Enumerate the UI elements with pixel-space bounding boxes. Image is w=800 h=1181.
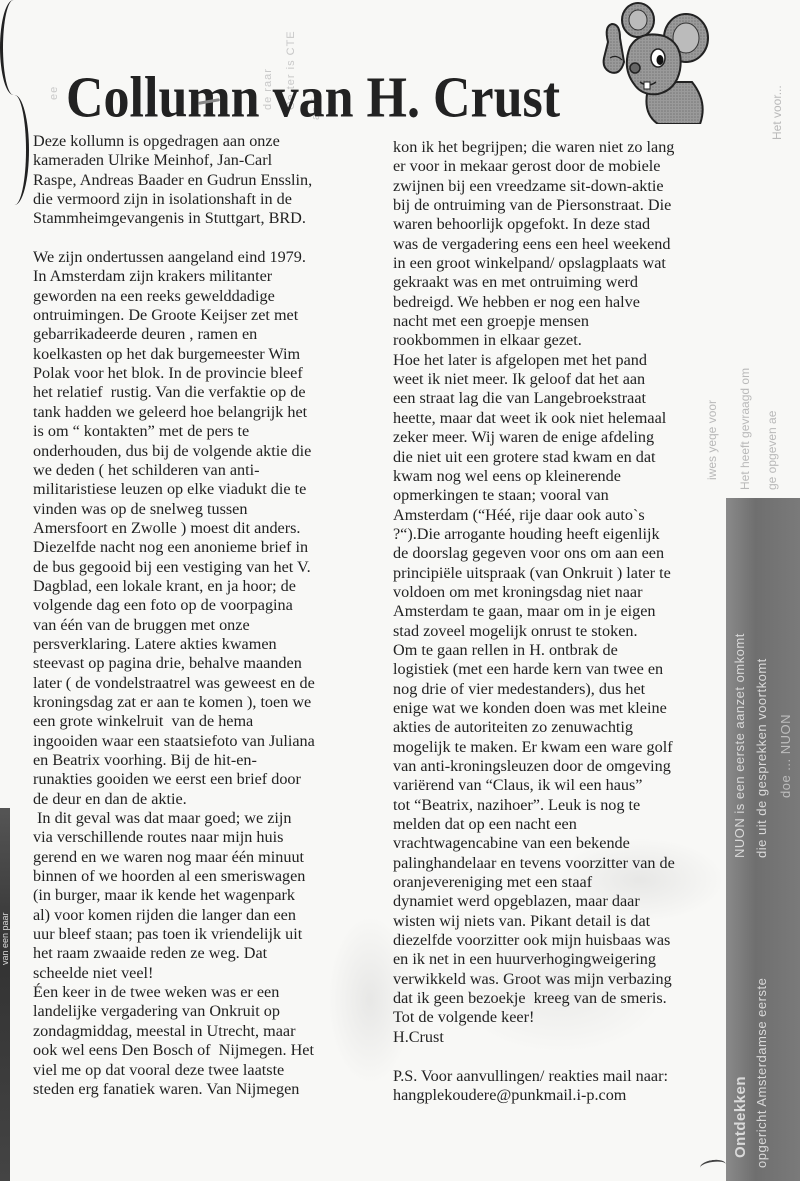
text-line: palinghandelaar en tevens voorzitter van… xyxy=(393,854,723,873)
text-line: van anti-kroningsleuzen door de omgeving xyxy=(393,757,723,776)
text-line: voldoen om met kroningsdag niet naar xyxy=(393,583,723,602)
text-line: en Beatrix voorhing. Bij de hit-en- xyxy=(33,751,378,770)
text-line: gebarrikadeerde deuren , ramen en xyxy=(33,325,378,344)
text-line: tot “Beatrix, nazihoer”. Leuk is nog te xyxy=(393,796,723,815)
text-line: stad zoveel mogelijk onrust te stoken. xyxy=(393,622,723,641)
bracket-right-decoration xyxy=(0,95,29,205)
text-line: principiële uitspraak (van Onkruit ) lat… xyxy=(393,564,723,583)
text-line: weet ik niet meer. Ik geloof dat het aan xyxy=(393,370,723,389)
text-line: militaristiese leuzen op elke viadukt di… xyxy=(33,480,378,499)
text-line: een grote winkelruit van de hema xyxy=(33,712,378,731)
text-line: Stammheimgevangenis in Stuttgart, BRD. xyxy=(33,209,378,228)
text-line: rookbommen in elkaar gezet. xyxy=(393,331,723,350)
text-line: uur bleef staan; pas toen ik vriendelijk… xyxy=(33,925,378,944)
text-line: verwikkeld was. Groot was mijn verbazing xyxy=(393,970,723,989)
bracket-left-decoration xyxy=(0,0,27,95)
text-line: H.Crust xyxy=(393,1028,723,1047)
bleed-through-text: ee xyxy=(48,40,60,100)
text-line: kameraden Ulrike Meinhof, Jan-Carl xyxy=(33,151,378,170)
text-line: waren behoorlijk opgefokt. In deze stad xyxy=(393,215,723,234)
text-line: steden erg fanatiek waren. Van Nijmegen xyxy=(33,1080,378,1099)
text-line: Amersfoort en Zwolle ) moest dit anders. xyxy=(33,519,378,538)
article-column-left: Deze kollumn is opgedragen aan onzekamer… xyxy=(33,132,378,1099)
bleed-through-text: ge opgeven ae xyxy=(765,330,779,490)
text-line: heette, maar dat weet ik ook niet helema… xyxy=(393,409,723,428)
pen-scribble-mark xyxy=(699,1158,726,1174)
text-line: Diezelfde nacht nog een anonieme brief i… xyxy=(33,538,378,557)
text-line: geworden na een reeks gewelddadige xyxy=(33,287,378,306)
text-line: en ik net in een huurverhogingweigering xyxy=(393,950,723,969)
text-line: vrachtwagencabine van een bekende xyxy=(393,834,723,853)
text-line: steevast op pagina drie, behalve maanden xyxy=(33,654,378,673)
text-line: scheelde niet veel! xyxy=(33,964,378,983)
text-line: koelkasten op het dak burgemeester Wim xyxy=(33,345,378,364)
text-line: de bus gegooid bij een vestiging van het… xyxy=(33,558,378,577)
text-line: zwijnen bij een vreedzame sit-down-aktie xyxy=(393,177,723,196)
text-line: ook wel eens Den Bosch of Nijmegen. Het xyxy=(33,1041,378,1060)
text-line: de deur en dan de aktie. xyxy=(33,790,378,809)
text-line: P.S. Voor aanvullingen/ reakties mail na… xyxy=(393,1067,723,1086)
text-line: landelijke vergadering van Onkruit op xyxy=(33,1002,378,1021)
text-line: Tot de volgende keer! xyxy=(393,1008,723,1027)
text-line: bedreigd. We hebben er nog een halve xyxy=(393,293,723,312)
text-line: logistiek (met een harde kern van twee e… xyxy=(393,660,723,679)
text-line: wisten wij niets van. Pikant detail is d… xyxy=(393,912,723,931)
text-line: Deze kollumn is opgedragen aan onze xyxy=(33,132,378,151)
text-line: Amsterdam (“Héé, rije daar ook auto`s xyxy=(393,506,723,525)
bleed-through-text: Het heeft gevraagd om xyxy=(738,300,752,490)
text-line: In Amsterdam zijn krakers militanter xyxy=(33,267,378,286)
text-line: oranjevereniging met een staaf xyxy=(393,873,723,892)
text-line: diezelfde voorzitter ook mijn huisbaas w… xyxy=(393,931,723,950)
article-column-right: kon ik het begrijpen; die waren niet zo … xyxy=(393,138,723,1105)
text-line: kroningsdag zat er aan te komen ), toen … xyxy=(33,693,378,712)
bleed-through-text: die uit de gesprekken voortkomt xyxy=(754,498,769,858)
text-line: onderhouden, dus bij de volgende aktie d… xyxy=(33,442,378,461)
text-line: (in burger, maar ik kende het wagenpark xyxy=(33,886,378,905)
text-line: in een groot winkelpand/ opslagplaats wa… xyxy=(393,254,723,273)
text-line: In dit geval was dat maar goed; we zijn xyxy=(33,809,378,828)
text-line: was de vergadering eens een heel weekend xyxy=(393,235,723,254)
text-line: akties de autoriteiten zo zenuwachtig xyxy=(393,718,723,737)
bleed-through-text: NUON is een eerste aanzet omkomt xyxy=(732,498,747,858)
text-line: persverklaring. Latere akties kwamen xyxy=(33,635,378,654)
text-line: tank hadden we geleerd hoe belangrijk he… xyxy=(33,403,378,422)
mouse-cartoon-icon xyxy=(580,2,720,124)
text-line: melden dat op een nacht een xyxy=(393,815,723,834)
text-line: Hoe het later is afgelopen met het pand xyxy=(393,351,723,370)
text-line: het relatief rustig. Van die verfaktie o… xyxy=(33,383,378,402)
paragraph-gap xyxy=(393,1047,723,1066)
text-line: nog drie of vier medestanders), dus het xyxy=(393,680,723,699)
text-line: we deden ( het schilderen van anti- xyxy=(33,461,378,480)
text-line: bij de ontruiming van de Piersonstraat. … xyxy=(393,196,723,215)
text-line: gerend en we waren nog maar één minuut xyxy=(33,848,378,867)
text-line: binnen of we hoorden al een smeriswagen xyxy=(33,867,378,886)
text-line: kwam nog wel eens op kleinerende xyxy=(393,467,723,486)
text-line: het raam zwaaide reden ze weg. Dat xyxy=(33,944,378,963)
text-line: nacht met een groepje mensen xyxy=(393,312,723,331)
text-line: ontruimingen. De Groote Keijser zet met xyxy=(33,306,378,325)
text-line: de doorslag gegeven voor ons om aan een xyxy=(393,544,723,563)
text-line: een straat lag die van Langebroekstraat xyxy=(393,389,723,408)
text-line: mogelijk te maken. Er kwam een ware golf xyxy=(393,738,723,757)
text-line: Dagblad, een lokale krant, en ja hoor; d… xyxy=(33,577,378,596)
text-line: Raspe, Andreas Baader en Gudrun Ensslin, xyxy=(33,171,378,190)
scanned-page: de raar Oe ter is CTE ae fs ee Collumn v… xyxy=(0,0,800,1181)
text-line: is om “ kontakten” met de pers te xyxy=(33,422,378,441)
text-line: ?“).Die arrogante houding heeft eigenlij… xyxy=(393,525,723,544)
text-line: die niet uit een grotere stad kwam en da… xyxy=(393,448,723,467)
text-line: enige wat we konden doen was met kleine xyxy=(393,699,723,718)
text-line: zeker meer. Wij waren de enige afdeling xyxy=(393,428,723,447)
bleed-through-text: opgericht Amsterdamse eerste xyxy=(754,898,769,1168)
text-line: later ( de vondelstraatrel was geweest e… xyxy=(33,674,378,693)
text-line: hangplekoudere@punkmail.i-p.com xyxy=(393,1086,723,1105)
text-line: Om te gaan rellen in H. ontbrak de xyxy=(393,641,723,660)
text-line: opmerkingen te staan; vooral van xyxy=(393,486,723,505)
text-line: ingooiden waar een staatsiefoto van Juli… xyxy=(33,732,378,751)
text-line: viel me op dat vooral deze twee laatste xyxy=(33,1061,378,1080)
text-line: runakties gooiden we eerst een brief doo… xyxy=(33,770,378,789)
text-line: dynamiet werd opgeblazen, maar daar xyxy=(393,892,723,911)
paragraph-gap xyxy=(33,229,378,248)
text-line: van één van de bruggen met onze xyxy=(33,616,378,635)
text-line: vinden was op de snelweg tussen xyxy=(33,500,378,519)
text-line: dat ik geen bezoekje kreeg van de smeris… xyxy=(393,989,723,1008)
text-line: via verschillende routes naar mijn huis xyxy=(33,828,378,847)
text-line: gekraakt was en met ontruiming werd xyxy=(393,273,723,292)
page-title: Collumn van H. Crust xyxy=(66,65,560,132)
text-line: volgende dag een foto op de voorpagina xyxy=(33,596,378,615)
text-line: Polak voor het blok. In de provincie ble… xyxy=(33,364,378,383)
text-line: die vermoord zijn in isolationshaft in d… xyxy=(33,190,378,209)
text-line: Amsterdam te gaan, maar om in je eigen xyxy=(393,602,723,621)
bleed-through-text: doe ... NUON xyxy=(778,498,793,798)
text-line: variërend van “Claus, ik wil een haus” xyxy=(393,776,723,795)
text-line: We zijn ondertussen aangeland eind 1979. xyxy=(33,248,378,267)
text-line: er voor in mekaar gerost door de mobiele xyxy=(393,157,723,176)
bleed-through-text: van een paar xyxy=(0,815,10,965)
text-line: al) voor komen rijden die langer dan een xyxy=(33,906,378,925)
text-line: kon ik het begrijpen; die waren niet zo … xyxy=(393,138,723,157)
bleed-through-strip-right: NUON is een eerste aanzet omkomt die uit… xyxy=(726,498,800,1181)
bleed-through-text: Ontdekken xyxy=(732,1038,749,1158)
bleed-through-text: Het voor... xyxy=(770,10,784,140)
text-line: Éen keer in de twee weken was er een xyxy=(33,983,378,1002)
text-line: zondagmiddag, meestal in Utrecht, maar xyxy=(33,1022,378,1041)
